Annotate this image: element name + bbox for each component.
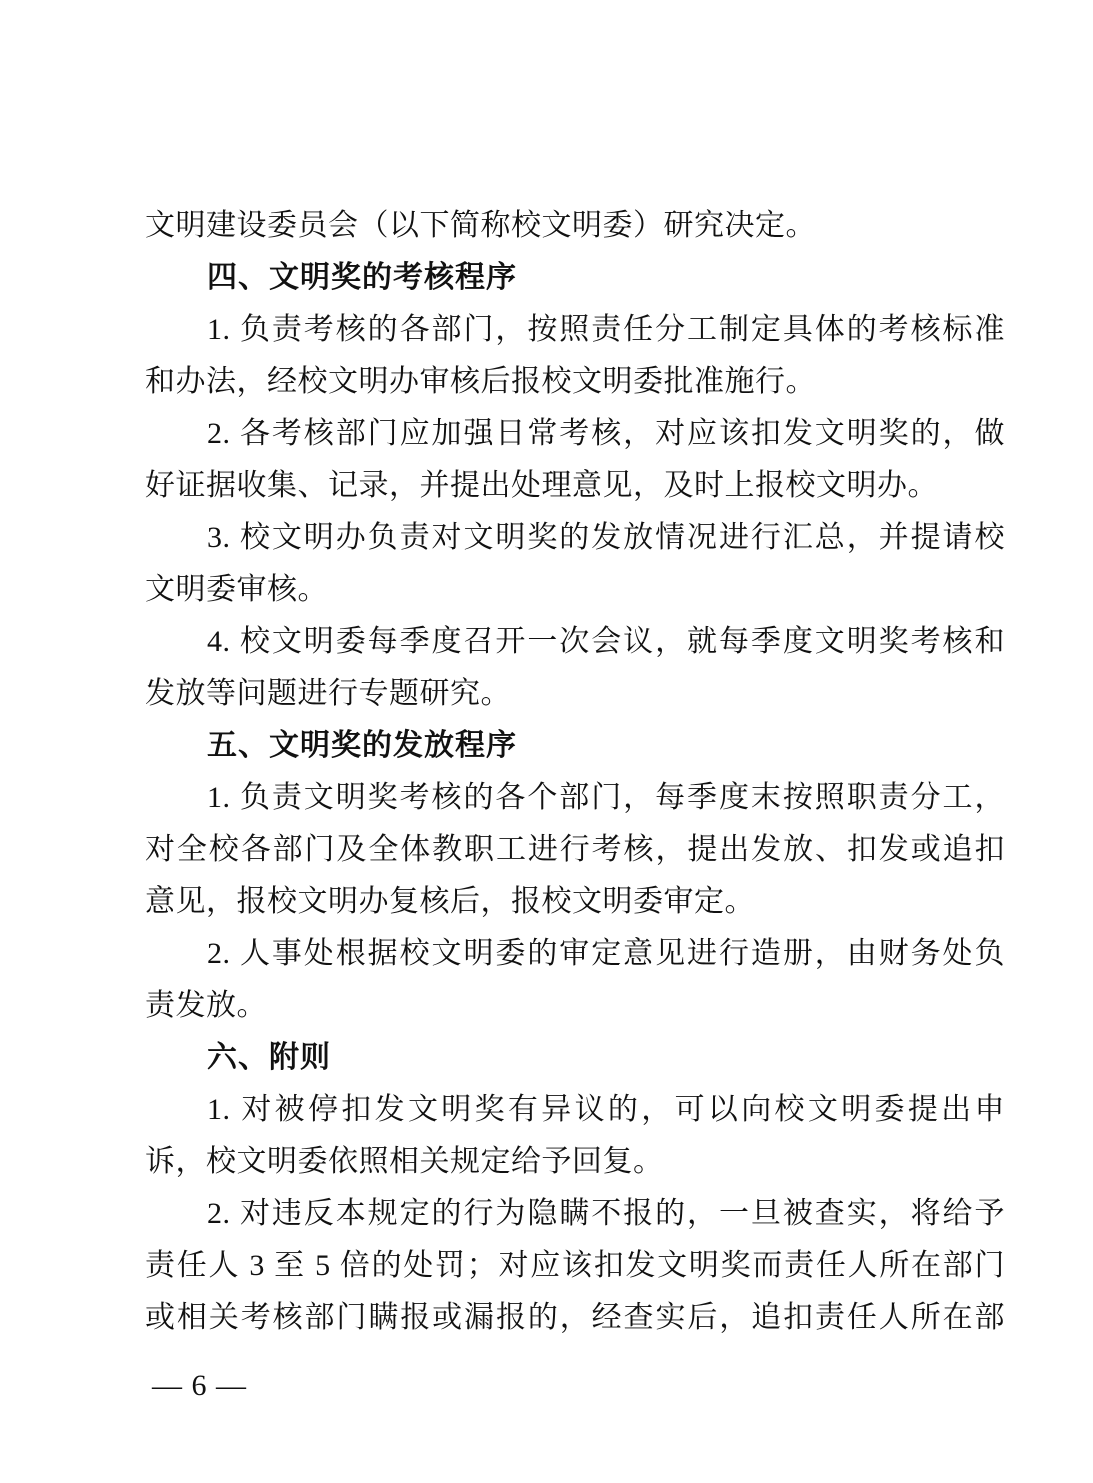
text-line: 文明建设委员会（以下简称校文明委）研究决定。 (145, 200, 1005, 252)
section-heading: 四、文明奖的考核程序 (145, 252, 1005, 304)
text-line: 1. 负责文明奖考核的各个部门，每季度末按照职责分工， (145, 772, 1005, 824)
text-line: 责发放。 (145, 980, 1005, 1032)
text-line: 发放等问题进行专题研究。 (145, 668, 1005, 720)
page-number: — 6 — (152, 1360, 247, 1412)
text-line: 2. 对违反本规定的行为隐瞒不报的，一旦被查实，将给予 (145, 1188, 1005, 1240)
section-heading: 五、文明奖的发放程序 (145, 720, 1005, 772)
document-body: 文明建设委员会（以下简称校文明委）研究决定。四、文明奖的考核程序1. 负责考核的… (145, 200, 1005, 1344)
text-line: 1. 负责考核的各部门，按照责任分工制定具体的考核标准 (145, 304, 1005, 356)
text-line: 意见，报校文明办复核后，报校文明委审定。 (145, 876, 1005, 928)
text-line: 好证据收集、记录，并提出处理意见，及时上报校文明办。 (145, 460, 1005, 512)
text-line: 4. 校文明委每季度召开一次会议，就每季度文明奖考核和 (145, 616, 1005, 668)
text-line: 和办法，经校文明办审核后报校文明委批准施行。 (145, 356, 1005, 408)
text-line: 诉，校文明委依照相关规定给予回复。 (145, 1136, 1005, 1188)
text-line: 或相关考核部门瞒报或漏报的，经查实后，追扣责任人所在部 (145, 1292, 1005, 1344)
text-line: 1. 对被停扣发文明奖有异议的，可以向校文明委提出申 (145, 1084, 1005, 1136)
section-heading: 六、附则 (145, 1032, 1005, 1084)
text-line: 3. 校文明办负责对文明奖的发放情况进行汇总，并提请校 (145, 512, 1005, 564)
text-line: 2. 人事处根据校文明委的审定意见进行造册，由财务处负 (145, 928, 1005, 980)
text-line: 责任人 3 至 5 倍的处罚；对应该扣发文明奖而责任人所在部门 (145, 1240, 1005, 1292)
text-line: 对全校各部门及全体教职工进行考核，提出发放、扣发或追扣 (145, 824, 1005, 876)
text-line: 文明委审核。 (145, 564, 1005, 616)
document-page: 文明建设委员会（以下简称校文明委）研究决定。四、文明奖的考核程序1. 负责考核的… (0, 0, 1093, 1483)
text-line: 2. 各考核部门应加强日常考核，对应该扣发文明奖的，做 (145, 408, 1005, 460)
